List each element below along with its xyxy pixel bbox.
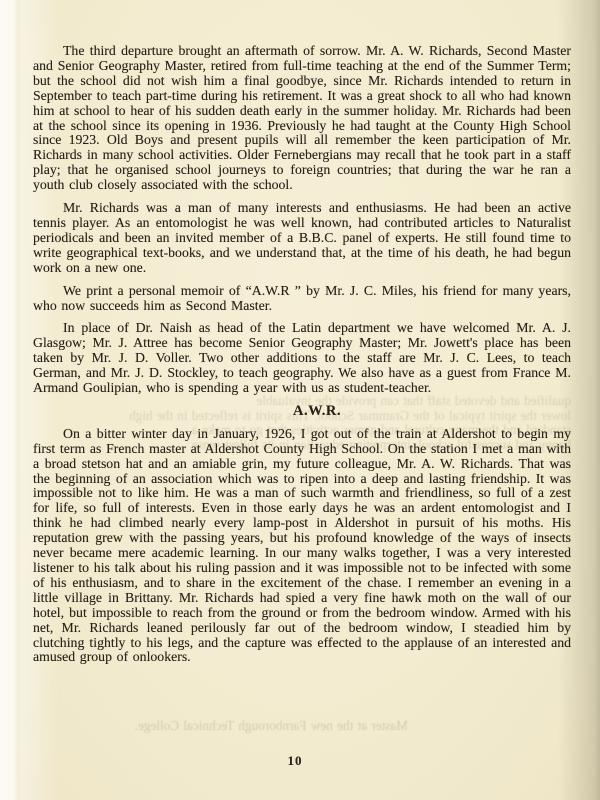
paragraph-departure: The third departure brought an aftermath… xyxy=(33,44,571,193)
paragraph-memoir: On a bitter winter day in January, 1926,… xyxy=(33,427,571,666)
ink-bleed-through-footer: Master at the new Farnborough Technical … xyxy=(30,719,408,734)
paragraph-staff-changes: In place of Dr. Naish as head of the Lat… xyxy=(33,321,571,396)
scan-left-edge xyxy=(0,0,21,800)
paragraph-interests: Mr. Richards was a man of many interests… xyxy=(33,201,571,276)
section-heading-awr: A.W.R. xyxy=(33,404,571,419)
page-number: 10 xyxy=(0,753,590,769)
paragraph-memoir-note: We print a personal memoir of “A.W.R ” b… xyxy=(33,284,571,314)
article-body: The third departure brought an aftermath… xyxy=(33,44,571,673)
scanned-document-page: qualified and devoted staff that can pro… xyxy=(0,0,600,800)
bleed-through-line: Master at the new Farnborough Technical … xyxy=(30,719,408,734)
